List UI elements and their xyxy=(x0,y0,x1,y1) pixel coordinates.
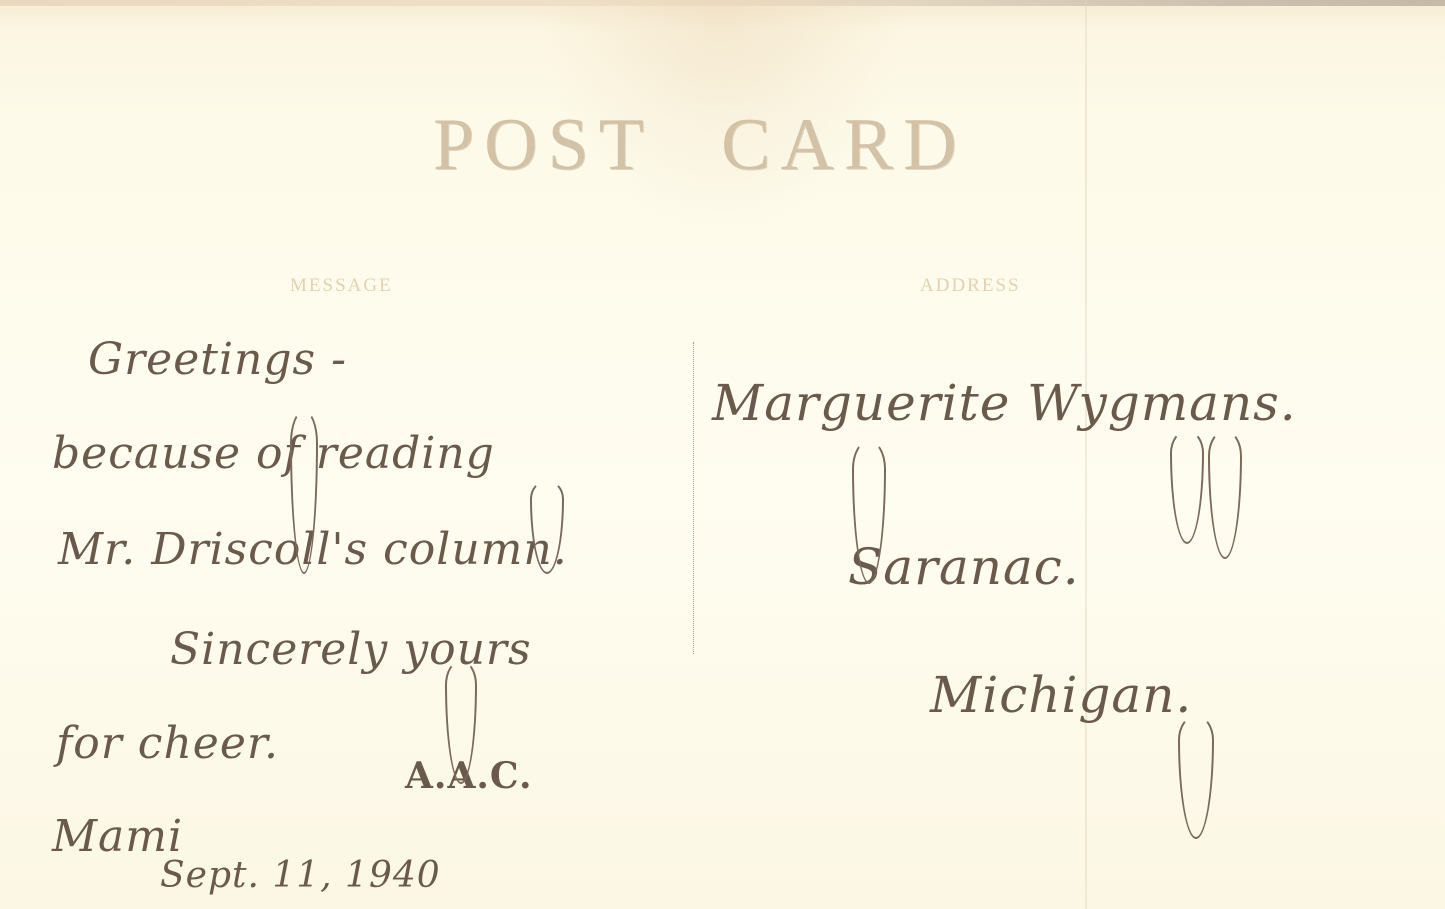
printed-label-message: MESSAGE xyxy=(290,276,393,295)
message-line-because: because of reading xyxy=(52,432,495,476)
printed-label-address: ADDRESS xyxy=(920,276,1021,295)
message-date: Sept. 11, 1940 xyxy=(160,858,441,894)
stamp-area-crease xyxy=(1085,0,1087,909)
card-top-edge xyxy=(0,0,1445,6)
postcard-back: POST CARD MESSAGE ADDRESS Greetings - be… xyxy=(0,0,1445,909)
address-city: Saranac. xyxy=(848,542,1080,592)
printed-title: POST CARD xyxy=(433,108,973,182)
flourish-descender xyxy=(1178,715,1214,839)
message-line-cheer: for cheer. xyxy=(56,722,279,766)
center-divider-line xyxy=(693,342,694,654)
message-line-greetings: Greetings - xyxy=(88,338,347,382)
address-name: Marguerite Wygmans. xyxy=(712,378,1297,428)
message-place: Mami xyxy=(52,815,183,859)
address-state: Michigan. xyxy=(930,670,1192,720)
flourish-descender xyxy=(1170,430,1204,544)
message-line-sincerely: Sincerely yours xyxy=(170,628,532,672)
flourish-descender xyxy=(1208,430,1242,559)
